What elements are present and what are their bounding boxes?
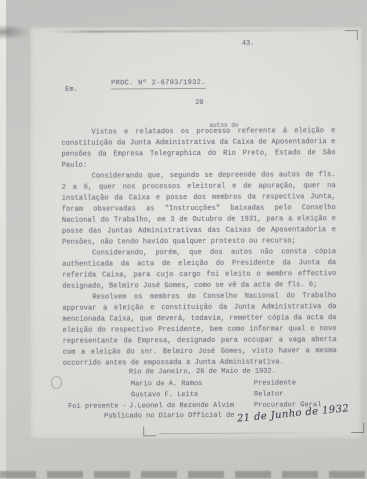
scan-bottom-band	[0, 471, 367, 478]
margin-circle-mark-icon	[51, 376, 62, 389]
paragraph-vistos: Vistos e relatados os processo referente…	[61, 126, 335, 172]
signature-role: Presidente	[254, 379, 296, 387]
signature-row: Gustavo F. Leite Relator	[131, 391, 198, 399]
photo-bottom-edge	[159, 432, 337, 434]
crop-mark-bottom-right-icon	[351, 423, 364, 433]
process-number: PROC. Nº 2-6793/1932.	[111, 79, 206, 90]
signature-role: Relator	[254, 390, 283, 398]
decision-text: Vistos e relatados os processo referente…	[61, 126, 336, 370]
signature-name: Mario de A. Ramos	[131, 380, 202, 388]
publication-row: Publicado no Diario Official de 21 de Ju…	[104, 411, 350, 424]
scanned-document: 43. Em. PROC. Nº 2-6793/1932. 20 Vistos …	[0, 0, 367, 479]
attorney-name: J.Leonel de Rezende Alvim	[129, 402, 234, 411]
date-place-line: Rio de Janeiro, 26 de Maio de 1932.	[129, 368, 276, 377]
paragraph-resolvem: Resolvem os membros do Conselho Nacional…	[62, 291, 336, 370]
typed-sheet: 43. Em. PROC. Nº 2-6793/1932. 20 Vistos …	[29, 26, 364, 440]
crop-mark-bottom-left-icon	[143, 426, 156, 436]
publication-label: Publicado no Diario Official de	[104, 412, 234, 421]
signature-name: Gustavo F. Leite	[131, 391, 198, 399]
photo-top-edge	[51, 29, 337, 33]
presence-label: Foi presente -	[68, 402, 127, 410]
interline-insertion: autos do	[209, 120, 238, 131]
sheet-number: 43.	[242, 40, 255, 48]
page-number: 20	[195, 99, 203, 107]
scan-edge-strip	[0, 0, 6, 479]
margin-label: Em.	[65, 86, 78, 94]
paragraph-considerando-2: Considerando, porém, que dos autos não c…	[62, 247, 336, 293]
corner-smudge	[0, 24, 30, 40]
photostat-page: 43. Em. PROC. Nº 2-6793/1932. 20 Vistos …	[30, 27, 362, 439]
signature-row: Mario de A. Ramos Presidente	[131, 380, 202, 388]
paragraph-considerando-1: Considerando que, segundo se depreende d…	[62, 170, 336, 249]
attorney-row: Foi presente - J.Leonel de Rezende Alvim…	[68, 402, 127, 410]
crop-mark-top-right-icon	[345, 30, 358, 40]
